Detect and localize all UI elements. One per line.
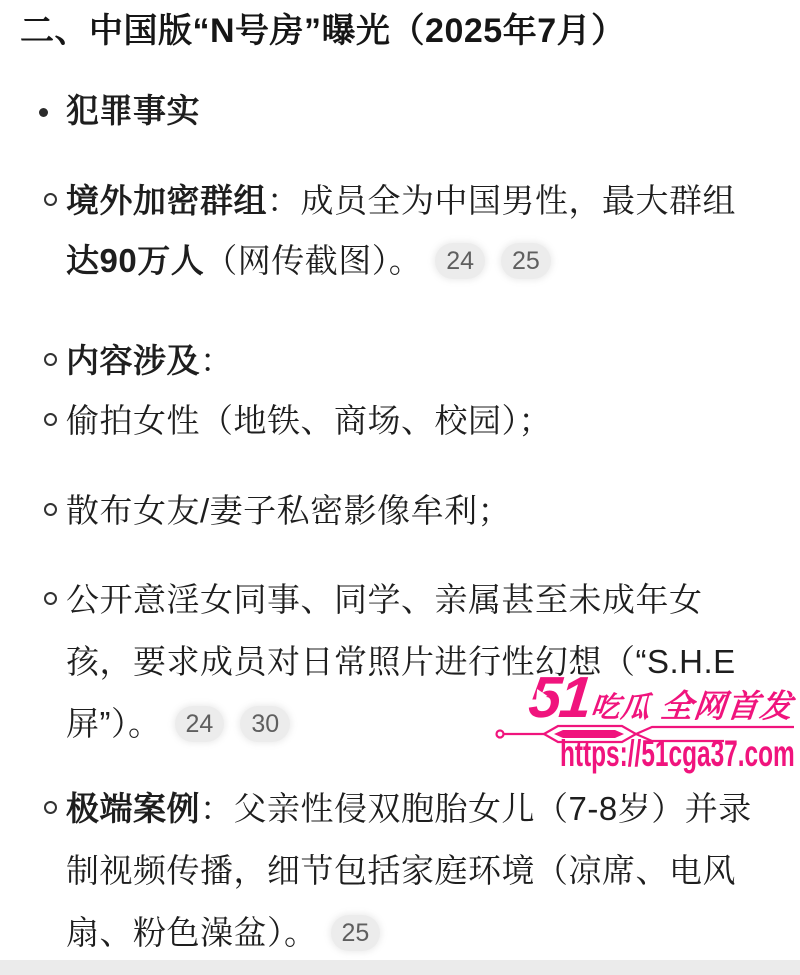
list-item-voyeurism: 偷拍女性（地铁、商场、校园）； — [66, 401, 552, 441]
bullet-circle-icon — [44, 353, 57, 366]
list-item-crime-facts: 犯罪事实 — [66, 91, 200, 131]
bullet-circle-icon — [44, 413, 57, 426]
list-item-fantasy-line3: 屏”）。2430 — [66, 704, 290, 744]
member-count-bold: 达90万人 — [66, 242, 204, 279]
spreading-images-text: 散布女友/妻子私密影像牟利； — [66, 492, 511, 529]
bullet-circle-icon — [44, 592, 57, 605]
list-item-fantasy-line1: 公开意淫女同事、同学、亲属甚至未成年女 — [66, 580, 703, 620]
bottom-strip — [0, 960, 800, 975]
extreme-case-text-3: 扇、粉色澡盆）。 — [66, 914, 318, 951]
extreme-case-term: 极端案例 — [66, 790, 200, 827]
list-item-content-involves: 内容涉及： — [66, 341, 234, 381]
list-item-encrypted-groups-line2: 达90万人（网传截图）。2425 — [66, 241, 551, 281]
extreme-case-text-2: 制视频传播，细节包括家庭环境（凉席、电风 — [66, 852, 736, 889]
list-item-spreading-images: 散布女友/妻子私密影像牟利； — [66, 491, 511, 531]
voyeurism-text: 偷拍女性（地铁、商场、校园）； — [66, 402, 552, 439]
section-heading: 二、中国版“N号房”曝光（2025年7月） — [20, 8, 626, 54]
list-item-extreme-case-line2: 制视频传播，细节包括家庭环境（凉席、电风 — [66, 851, 736, 891]
list-item-encrypted-groups-line1: 境外加密群组：成员全为中国男性，最大群组 — [66, 181, 736, 221]
content-involves-colon: ： — [200, 342, 234, 379]
watermark-brand: 吃瓜 — [589, 692, 652, 724]
list-item-fantasy-line2: 孩，要求成员对日常照片进行性幻想（“S.H.E — [66, 642, 736, 682]
bullet-dot-icon — [39, 108, 48, 117]
extreme-case-text-1: ：父亲性侵双胞胎女儿（7-8岁）并录 — [200, 790, 752, 827]
document-page: 二、中国版“N号房”曝光（2025年7月） 犯罪事实 境外加密群组：成员全为中国… — [0, 0, 800, 975]
content-involves-term: 内容涉及 — [66, 342, 200, 379]
list-item-extreme-case-line3: 扇、粉色澡盆）。25 — [66, 913, 380, 953]
citation-badge[interactable]: 25 — [501, 243, 551, 279]
citation-badge[interactable]: 24 — [435, 243, 485, 279]
citation-badge[interactable]: 30 — [240, 706, 290, 742]
fantasy-text-2: 孩，要求成员对日常照片进行性幻想（“S.H.E — [66, 643, 736, 680]
bullet-circle-icon — [44, 503, 57, 516]
watermark-url: https://51cga37.com — [560, 735, 795, 773]
watermark-tagline: 全网首发 — [660, 688, 796, 724]
bullet-circle-icon — [44, 193, 57, 206]
section-heading-text: 二、中国版“N号房”曝光（2025年7月） — [20, 12, 626, 50]
citation-badge[interactable]: 25 — [331, 915, 381, 951]
crime-facts-label: 犯罪事实 — [66, 92, 200, 129]
encrypted-groups-text2: （网传截图）。 — [204, 242, 422, 279]
fantasy-text-1: 公开意淫女同事、同学、亲属甚至未成年女 — [66, 581, 703, 618]
list-item-extreme-case-line1: 极端案例：父亲性侵双胞胎女儿（7-8岁）并录 — [66, 789, 752, 829]
encrypted-groups-text: ：成员全为中国男性，最大群组 — [267, 182, 736, 219]
circuit-line-icon — [494, 719, 796, 747]
encrypted-groups-term: 境外加密群组 — [66, 182, 267, 219]
bullet-circle-icon — [44, 801, 57, 814]
citation-badge[interactable]: 24 — [175, 706, 225, 742]
fantasy-text-3: 屏”）。 — [66, 705, 162, 742]
play-triangle-icon — [536, 689, 548, 703]
